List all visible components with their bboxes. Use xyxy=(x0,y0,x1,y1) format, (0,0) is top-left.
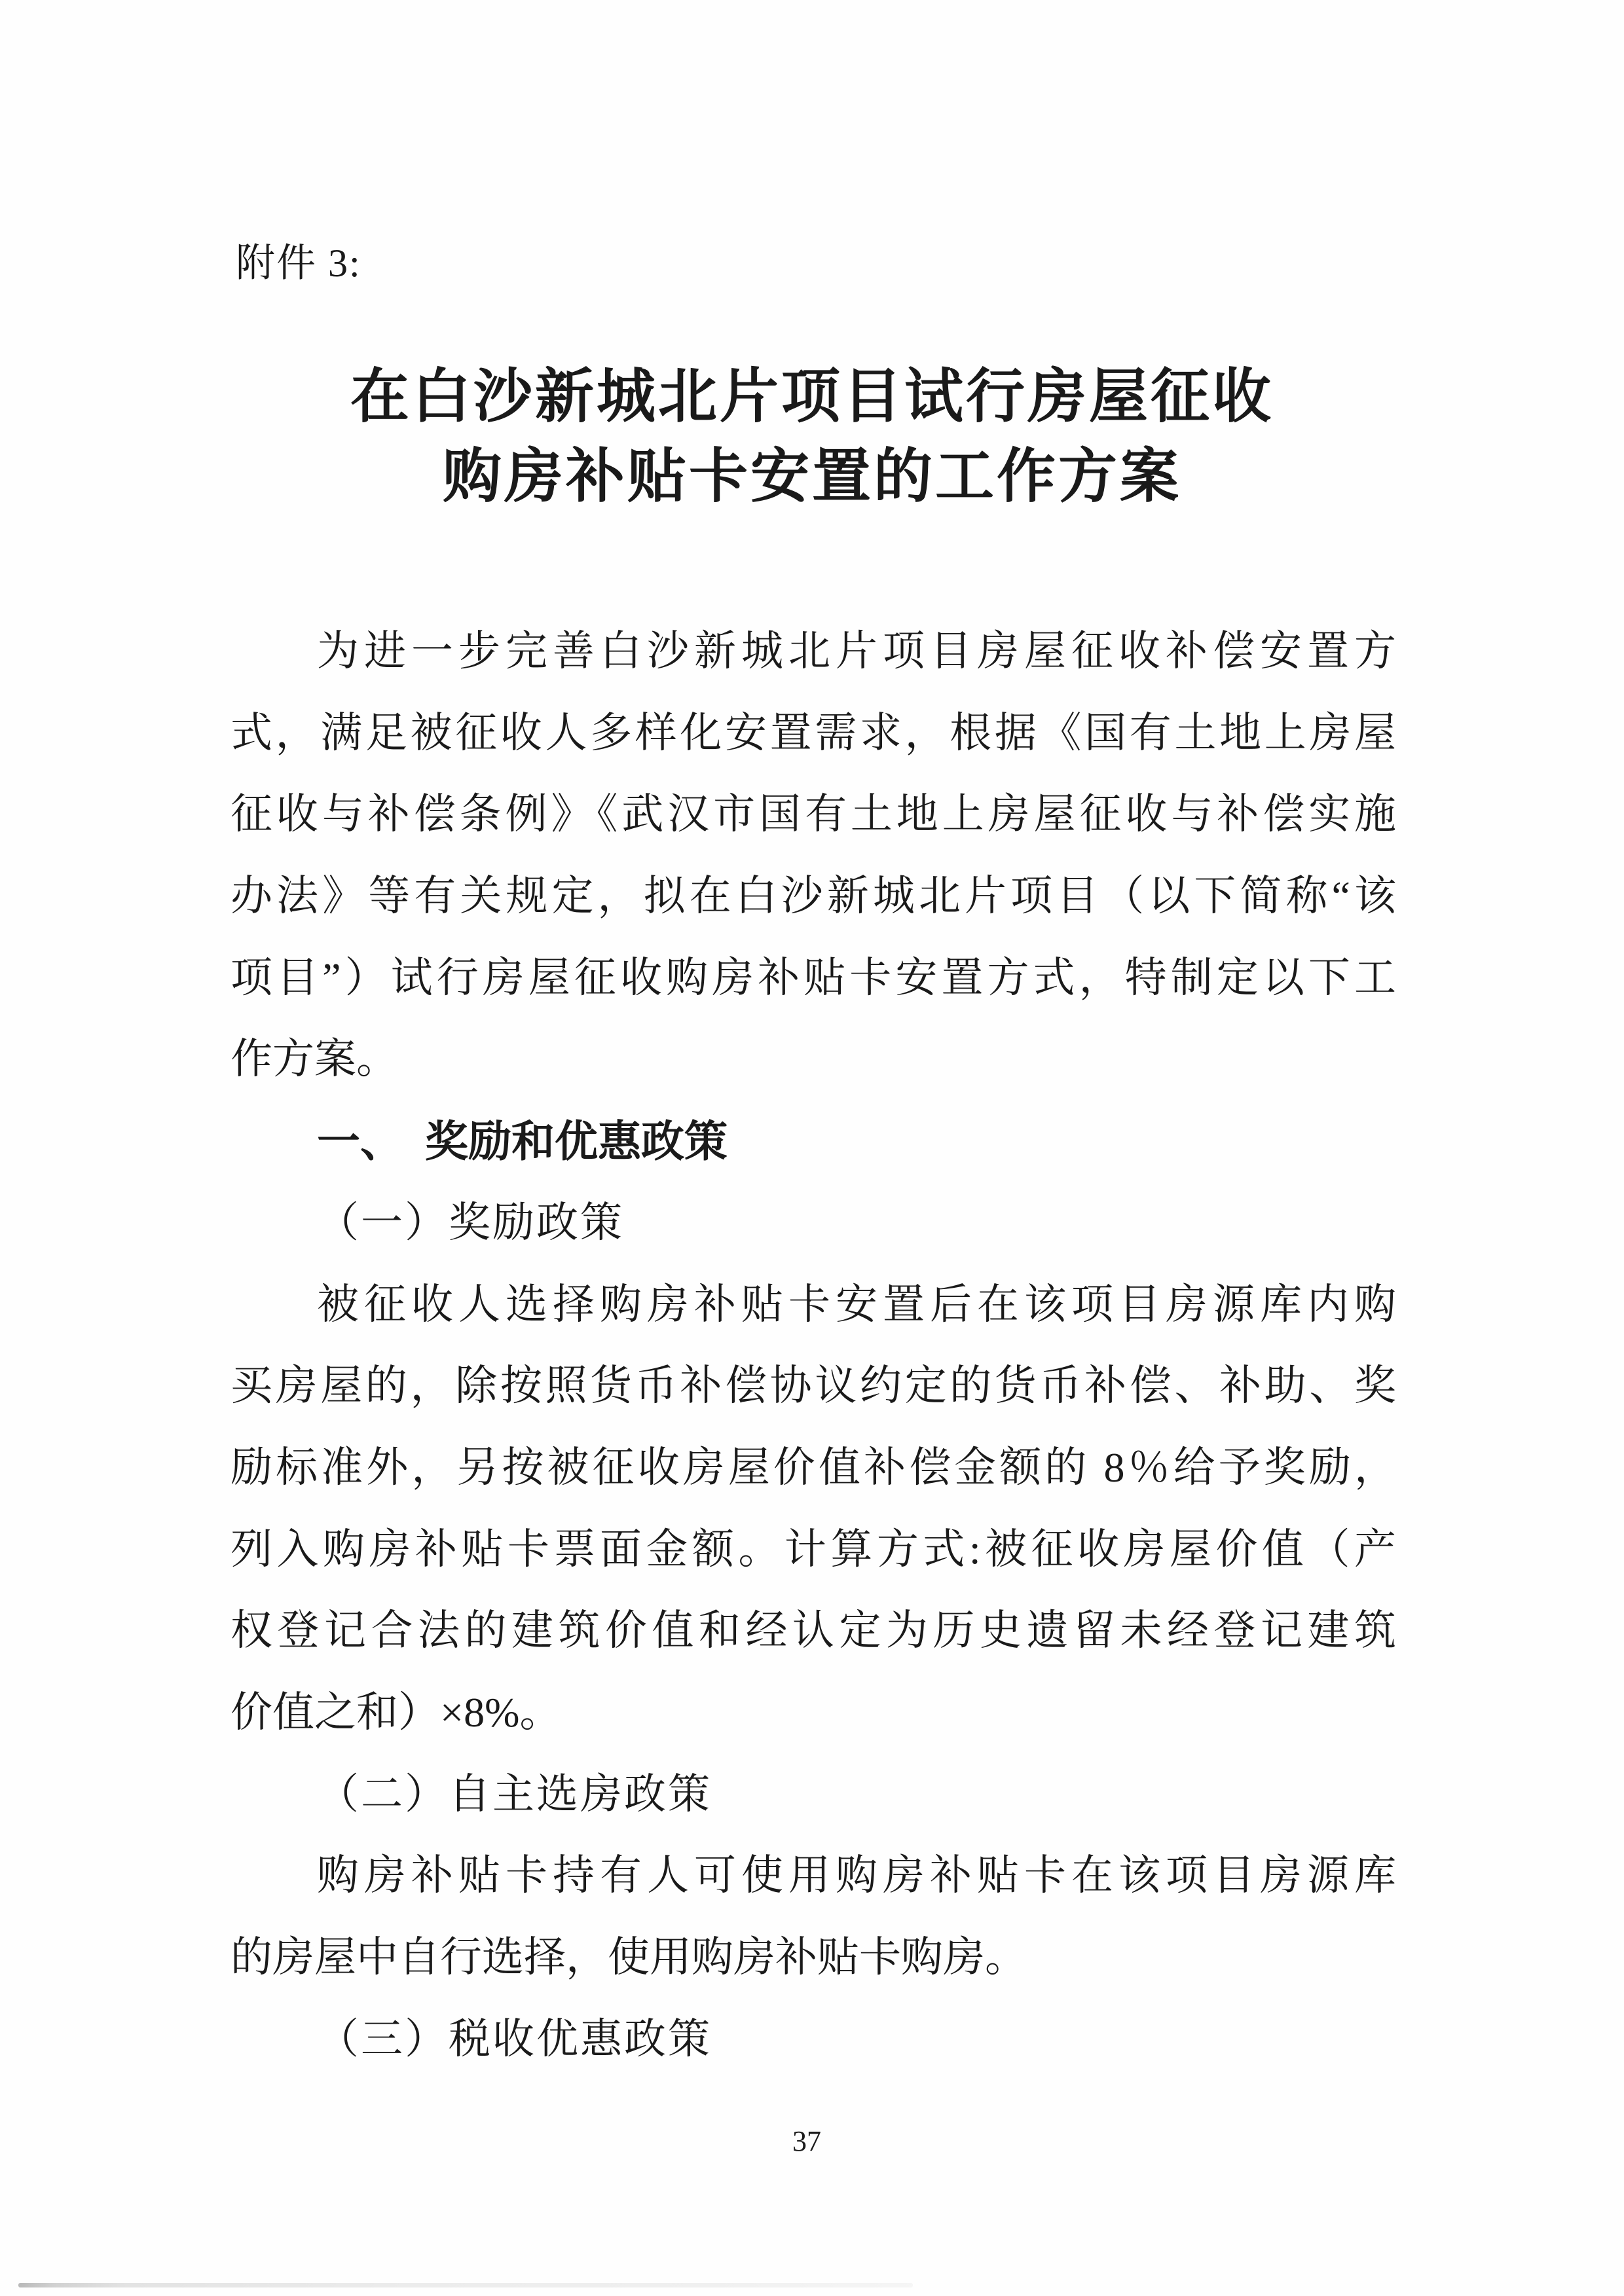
heading-line: （三）税收优惠政策 xyxy=(231,1999,1396,2081)
text-line: 励标准外，另按被征收房屋价值补偿金额的 8％给予奖励， xyxy=(231,1427,1396,1509)
document-page: 附件 3: 在白沙新城北片项目试行房屋征收 购房补贴卡安置的工作方案 为进一步完… xyxy=(0,0,1624,2296)
text-line: 买房屋的，除按照货币补偿协议约定的货币补偿、补助、奖 xyxy=(231,1345,1396,1427)
text-line: 的房屋中自行选择，使用购房补贴卡购房。 xyxy=(231,1917,1396,1999)
document-body: 为进一步完善白沙新城北片项目房屋征收补偿安置方式，满足被征收人多样化安置需求，根… xyxy=(231,611,1396,2080)
scan-artifact-line xyxy=(18,2283,913,2287)
text-line: 被征收人选择购房补贴卡安置后在该项目房源库内购 xyxy=(231,1264,1396,1346)
document-title-line-1: 在白沙新城北片项目试行房屋征收 xyxy=(0,357,1624,437)
document-title: 在白沙新城北片项目试行房屋征收 购房补贴卡安置的工作方案 xyxy=(0,357,1624,517)
text-line: 为进一步完善白沙新城北片项目房屋征收补偿安置方 xyxy=(231,611,1396,693)
document-title-line-2: 购房补贴卡安置的工作方案 xyxy=(0,437,1624,517)
text-line: 项目”）试行房屋征收购房补贴卡安置方式，特制定以下工 xyxy=(231,938,1396,1019)
text-line: 权登记合法的建筑价值和经认定为历史遗留未经登记建筑 xyxy=(231,1590,1396,1672)
text-line: 列入购房补贴卡票面金额。计算方式:被征收房屋价值（产 xyxy=(231,1509,1396,1591)
text-line: 征收与补偿条例》《武汉市国有土地上房屋征收与补偿实施 xyxy=(231,774,1396,856)
text-line: 价值之和）×8%。 xyxy=(231,1672,1396,1754)
page-number: 37 xyxy=(0,2124,1614,2159)
text-line: 购房补贴卡持有人可使用购房补贴卡在该项目房源库 xyxy=(231,1835,1396,1917)
text-line: 作方案。 xyxy=(231,1019,1396,1101)
heading-line: （一）奖励政策 xyxy=(231,1182,1396,1264)
attachment-label: 附件 3: xyxy=(236,237,361,289)
heading-line: （二）自主选房政策 xyxy=(231,1754,1396,1836)
heading-line: 一、 奖励和优惠政策 xyxy=(231,1101,1396,1182)
text-line: 办法》等有关规定，拟在白沙新城北片项目（以下简称“该 xyxy=(231,856,1396,938)
text-line: 式，满足被征收人多样化安置需求，根据《国有土地上房屋 xyxy=(231,693,1396,774)
